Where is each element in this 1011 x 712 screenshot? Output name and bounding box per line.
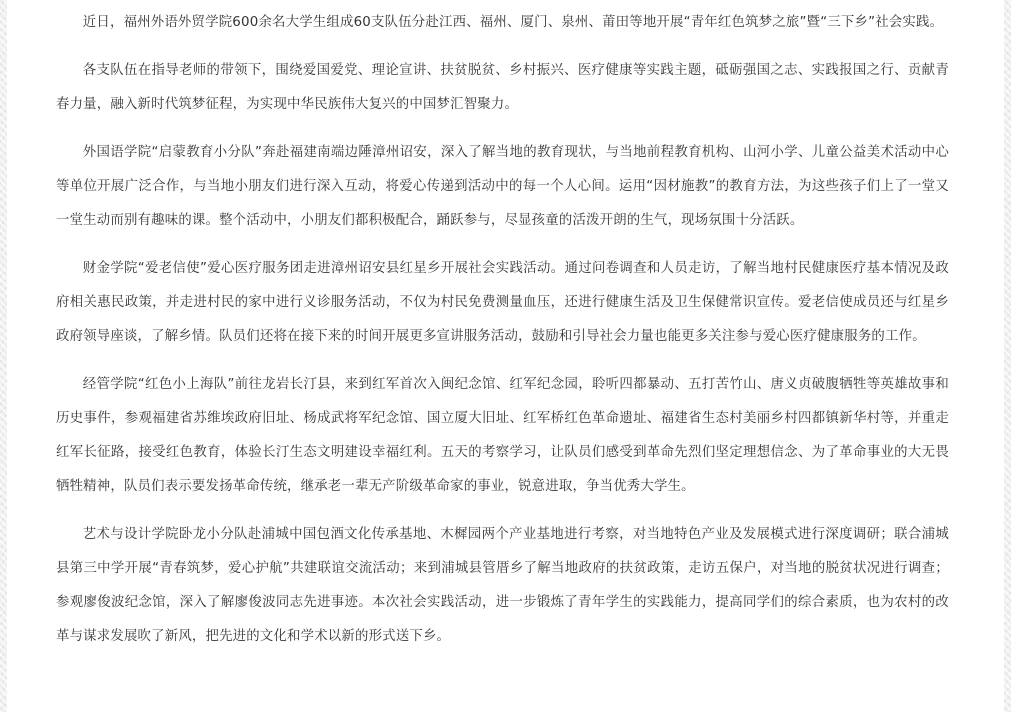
article-paragraph: 近日，福州外语外贸学院600余名大学生组成60支队伍分赴江西、福州、厦门、泉州、… <box>56 6 949 40</box>
article-paragraph: 经管学院“红色小上海队”前往龙岩长汀县，来到红军首次入闽纪念馆、红军纪念园，聆听… <box>56 368 949 504</box>
article-paragraph: 艺术与设计学院卧龙小分队赴浦城中国包酒文化传承基地、木樨园两个产业基地进行考察，… <box>56 518 949 654</box>
article-paragraph: 财金学院“爱老信使”爱心医疗服务团走进漳州诏安县红星乡开展社会实践活动。通过问卷… <box>56 252 949 354</box>
article-paragraph: 各支队伍在指导老师的带领下，围绕爱国爱党、理论宣讲、扶贫脱贫、乡村振兴、医疗健康… <box>56 54 949 122</box>
decorative-border-right <box>1004 0 1011 712</box>
article-body: 近日，福州外语外贸学院600余名大学生组成60支队伍分赴江西、福州、厦门、泉州、… <box>7 0 1004 712</box>
article-paragraph: 外国语学院“启蒙教育小分队”奔赴福建南端边陲漳州诏安，深入了解当地的教育现状，与… <box>56 136 949 238</box>
decorative-border-left <box>0 0 7 712</box>
